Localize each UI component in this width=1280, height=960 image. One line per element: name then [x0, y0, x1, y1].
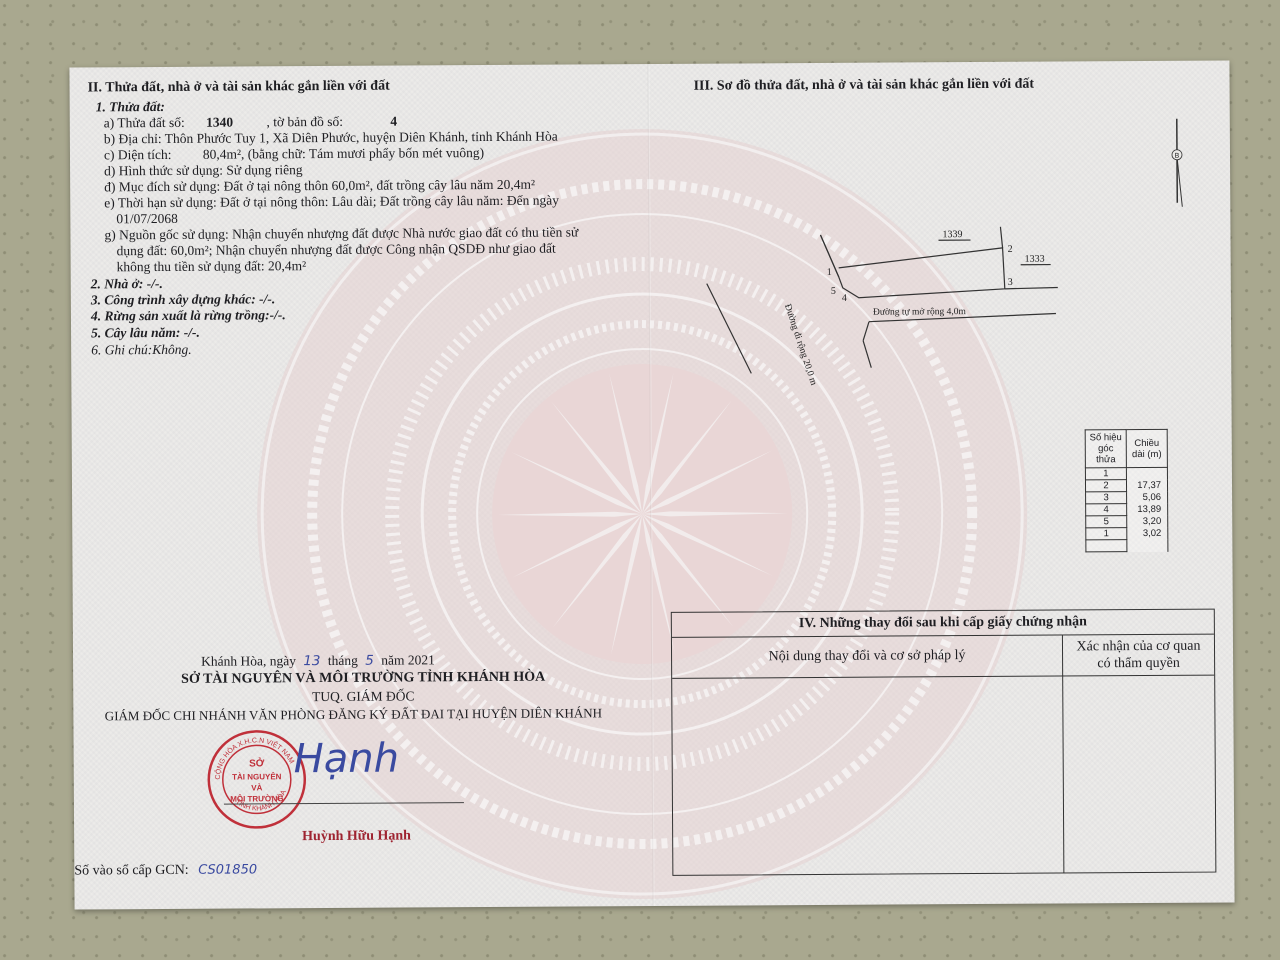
changes-col-confirmation: Xác nhận của cơ quan có thẩm quyền	[1063, 635, 1214, 676]
date-month: 5	[365, 653, 374, 669]
date-prefix: Khánh Hòa, ngày	[201, 653, 296, 669]
section-ii-title: II. Thửa đất, nhà ở và tài sản khác gắn …	[88, 78, 390, 97]
corner-cell: 1	[1086, 528, 1127, 540]
header-length: Chiều dài (m)	[1126, 429, 1167, 467]
land-certificate-sheet: II. Thửa đất, nhà ở và tài sản khác gắn …	[69, 60, 1234, 909]
date-year: năm 2021	[381, 652, 435, 667]
table-row: 53,20	[1086, 515, 1168, 528]
area-value: 80,4m², (bằng chữ: Tám mươi phẩy bốn mét…	[203, 145, 484, 162]
table-row: 217,37	[1085, 479, 1167, 492]
perennial-trees: 5. Cây lâu năm: -/-.	[91, 324, 200, 342]
length-cell: 3,02	[1127, 527, 1168, 539]
house: 2. Nhà ở: -/-.	[91, 275, 163, 292]
changes-col-content: Nội dung thay đổi và cơ sở pháp lý	[672, 635, 1063, 677]
svg-text:MÔI TRƯỜNG: MÔI TRƯỜNG	[230, 794, 284, 803]
corner-cell: 5	[1086, 516, 1127, 528]
register-number: CS01850	[198, 862, 257, 877]
authority: SỞ TÀI NGUYÊN VÀ MÔI TRƯỜNG TỈNH KHÁNH H…	[103, 668, 623, 688]
usage-term: e) Thời hạn sử dụng: Đất ở tại nông thôn…	[104, 192, 559, 212]
changes-title: IV. Những thay đổi sau khi cấp giấy chứn…	[672, 610, 1214, 638]
signer-name: Huỳnh Hữu Hạnh	[302, 828, 411, 845]
land-heading: 1. Thửa đất:	[96, 98, 165, 115]
on-behalf: TUQ. GIÁM ĐỐC	[103, 686, 623, 706]
corner-cell	[1086, 540, 1127, 552]
north-arrow-icon: B	[1168, 117, 1189, 217]
usage-term-date: 01/07/2068	[116, 210, 178, 227]
production-forest: 4. Rừng sản xuất là rừng trồng:-/-.	[91, 306, 286, 324]
corner-cell: 1	[1085, 468, 1126, 480]
length-cell: 13,89	[1127, 503, 1168, 515]
area-label: c) Diện tích:	[104, 147, 172, 162]
length-cell	[1127, 539, 1168, 551]
parcel-label: a) Thửa đất số:	[104, 115, 185, 130]
corner-cell: 2	[1085, 480, 1126, 492]
changes-table: IV. Những thay đổi sau khi cấp giấy chứn…	[671, 609, 1217, 876]
length-cell: 17,37	[1126, 479, 1167, 491]
corner-cell: 4	[1086, 504, 1127, 516]
confirm-line-2: có thẩm quyền	[1063, 655, 1214, 673]
svg-text:VÀ: VÀ	[251, 783, 262, 792]
svg-text:TÀI NGUYÊN: TÀI NGUYÊN	[232, 772, 282, 781]
length-cell: 5,06	[1127, 491, 1168, 503]
corner-cell: 3	[1086, 492, 1127, 504]
svg-text:B: B	[1175, 153, 1180, 160]
table-row: 35,06	[1086, 491, 1168, 504]
notes: 6. Ghi chú:Không.	[91, 341, 192, 359]
table-row: 1	[1085, 467, 1167, 480]
origin-line-2: dụng đất: 60,0m²; Nhận chuyển nhượng đất…	[117, 240, 556, 260]
changes-content-cell	[672, 676, 1064, 874]
svg-text:SỞ: SỞ	[249, 756, 265, 769]
origin-line-3: không thu tiền sử dụng đất: 20,4m²	[117, 257, 307, 275]
length-cell: 3,20	[1127, 515, 1168, 527]
date-month-label: tháng	[328, 653, 358, 668]
date-day: 13	[303, 653, 320, 669]
table-row: 413,89	[1086, 503, 1168, 516]
confirm-line-1: Xác nhận của cơ quan	[1063, 638, 1214, 656]
register-row: Số vào sổ cấp GCN: CS01850	[74, 861, 257, 879]
signer-title: GIÁM ĐỐC CHI NHÁNH VĂN PHÒNG ĐĂNG KÝ ĐẤT…	[73, 704, 633, 724]
signature: Hạnh	[294, 736, 400, 783]
date-line: Khánh Hòa, ngày 13 tháng 5 năm 2021	[201, 651, 435, 670]
length-cell	[1126, 467, 1167, 479]
register-label: Số vào sổ cấp GCN:	[74, 863, 188, 879]
header-corner: Số hiệu góc thửa	[1085, 430, 1126, 468]
table-row: 13,02	[1086, 527, 1168, 540]
parcel-number: 1340	[206, 115, 233, 130]
corner-length-table: Số hiệu góc thửa Chiều dài (m) 1217,3735…	[1085, 429, 1169, 553]
section-iii-title: III. Sơ đồ thửa đất, nhà ở và tài sản kh…	[694, 76, 1035, 95]
map-sheet-number: 4	[390, 114, 397, 129]
map-sheet-label: , tờ bản đồ số:	[266, 114, 343, 129]
